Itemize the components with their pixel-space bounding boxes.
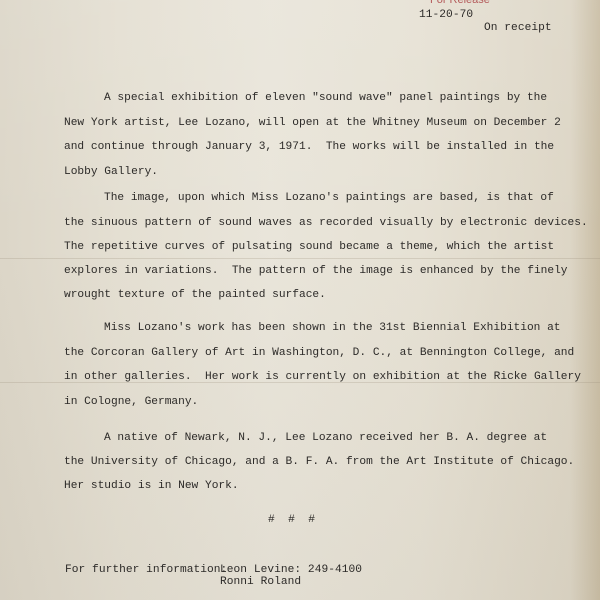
text-line: explores in variations. The pattern of t… xyxy=(64,265,568,277)
text-line: The repetitive curves of pulsating sound… xyxy=(64,241,554,253)
contact-label: For further information: xyxy=(65,564,227,576)
text-line: Her studio is in New York. xyxy=(64,480,239,492)
text-line: wrought texture of the painted surface. xyxy=(64,289,326,301)
text-line: New York artist, Lee Lozano, will open a… xyxy=(64,117,561,129)
text-line: Miss Lozano's work has been shown in the… xyxy=(104,322,561,334)
release-date: 11-20-70 xyxy=(419,9,473,21)
text-line: the University of Chicago, and a B. F. A… xyxy=(64,456,574,468)
text-line: Lobby Gallery. xyxy=(64,166,158,178)
text-line: in Cologne, Germany. xyxy=(64,396,198,408)
text-line: the Corcoran Gallery of Art in Washingto… xyxy=(64,347,574,359)
for-release-label: For Release xyxy=(430,0,490,6)
contact-line-1: Leon Levine: 249-4100 xyxy=(220,564,362,576)
text-line: in other galleries. Her work is currentl… xyxy=(64,371,581,383)
paper-fold-line xyxy=(0,258,600,259)
text-line: A native of Newark, N. J., Lee Lozano re… xyxy=(104,432,547,444)
contact-line-2: Ronni Roland xyxy=(220,576,301,588)
end-mark: # # # xyxy=(268,514,315,526)
text-line: and continue through January 3, 1971. Th… xyxy=(64,141,554,153)
text-line: the sinuous pattern of sound waves as re… xyxy=(64,217,588,229)
text-line: The image, upon which Miss Lozano's pain… xyxy=(104,192,554,204)
release-timing: On receipt xyxy=(484,22,552,34)
text-line: A special exhibition of eleven "sound wa… xyxy=(104,92,547,104)
